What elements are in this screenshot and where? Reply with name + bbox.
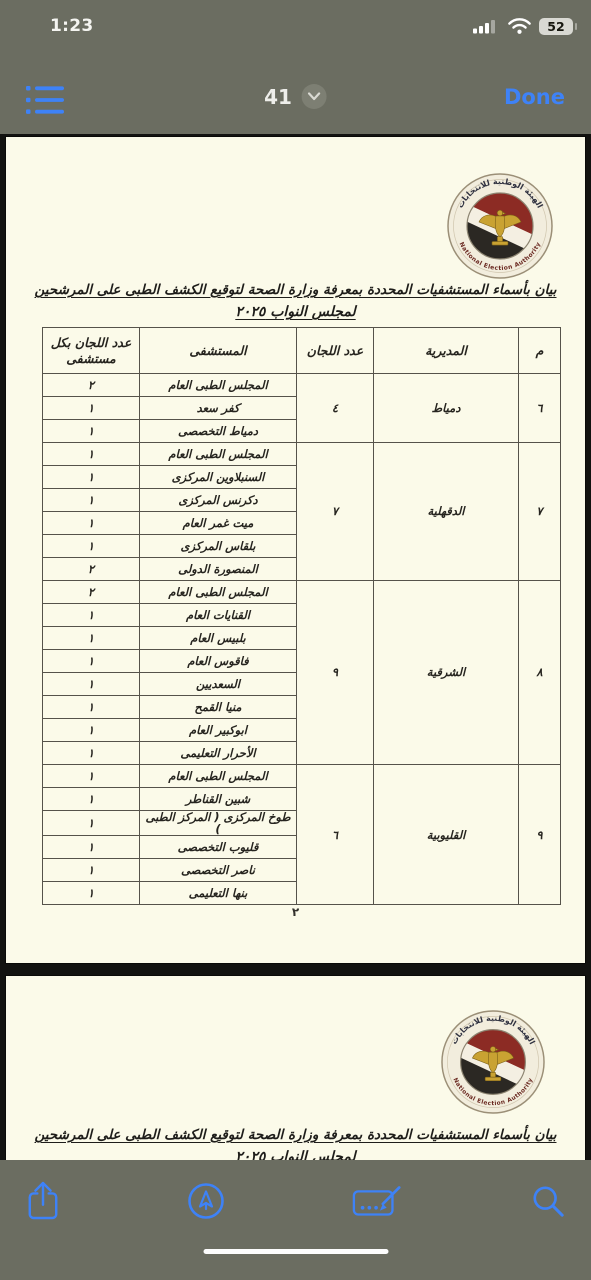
cell-hospital: القنايات العام [140, 604, 297, 627]
list-icon [26, 84, 64, 116]
table-row: ٨الشرقية٩المجلس الطبى العام٢ [43, 581, 561, 604]
authority-logo: الهيئة الوطنية للانتخابات National Elect… [441, 1010, 545, 1114]
cell-committee-count: ١ [43, 696, 140, 719]
clock: 1:23 [50, 16, 93, 36]
cell-committee-count: ١ [43, 765, 140, 788]
search-button[interactable] [531, 1184, 565, 1218]
cell-hospital: السعديين [140, 673, 297, 696]
col-header-committees: عدد اللجان [297, 328, 374, 374]
top-toolbar: 41 Done [0, 54, 591, 134]
markup-pen-icon [186, 1181, 226, 1221]
cell-hospital: طوخ المركزى ( المركز الطبى ) [140, 811, 297, 836]
page-indicator-label: 41 [264, 85, 292, 109]
share-icon [26, 1180, 60, 1222]
cell-committee-count: ٢ [43, 374, 140, 397]
authority-logo: الهيئة الوطنية للانتخابات National Elect… [447, 173, 553, 279]
thumbnails-list-button[interactable] [26, 84, 64, 116]
cell-directorate: القليوبية [374, 765, 519, 905]
table-row: ٩القليوبية٦المجلس الطبى العام١ [43, 765, 561, 788]
signature-button[interactable] [351, 1181, 405, 1221]
cell-committee-count: ١ [43, 719, 140, 742]
cell-hospital: السنبلاوين المركزى [140, 466, 297, 489]
document-title: بيان بأسماء المستشفيات المحددة بمعرفة وز… [6, 1124, 585, 1160]
document-title-line2: لمجلس النواب ٢٠٢٥ [6, 1146, 585, 1160]
cell-hospital: المجلس الطبى العام [140, 443, 297, 466]
document-title-line1: بيان بأسماء المستشفيات المحددة بمعرفة وز… [6, 279, 585, 301]
document-title: بيان بأسماء المستشفيات المحددة بمعرفة وز… [6, 279, 585, 323]
hospitals-table: م المديرية عدد اللجان المستشفى عدد اللجا… [42, 327, 561, 905]
hospitals-table-body: ٦دمياط٤المجلس الطبى العام٢كفر سعد١دمياط … [43, 374, 561, 905]
cell-hospital: الأحرار التعليمى [140, 742, 297, 765]
battery-indicator: 52 [539, 18, 573, 35]
page-number: ٢ [6, 905, 585, 919]
col-header-hospital: المستشفى [140, 328, 297, 374]
cell-hospital: كفر سعد [140, 397, 297, 420]
cell-committee-count: ٢ [43, 558, 140, 581]
share-button[interactable] [26, 1180, 60, 1222]
battery-nub [575, 23, 578, 30]
cell-committee-count: ١ [43, 673, 140, 696]
done-button[interactable]: Done [504, 85, 565, 109]
cell-hospital: المنصورة الدولى [140, 558, 297, 581]
cell-hospital: بلقاس المركزى [140, 535, 297, 558]
cell-hospital: دمياط التخصصى [140, 420, 297, 443]
cell-hospital: المجلس الطبى العام [140, 765, 297, 788]
cell-committee-count: ١ [43, 489, 140, 512]
cell-hospital: منيا القمح [140, 696, 297, 719]
document-title-line1: بيان بأسماء المستشفيات المحددة بمعرفة وز… [6, 1124, 585, 1146]
cell-serial: ٨ [519, 581, 561, 765]
bottom-toolbar [0, 1160, 591, 1280]
cell-hospital: ناصر التخصصى [140, 859, 297, 882]
cell-hospital: ميت غمر العام [140, 512, 297, 535]
cell-committee-count: ١ [43, 466, 140, 489]
cell-committee-count: ١ [43, 443, 140, 466]
document-scroll-area[interactable]: الهيئة الوطنية للانتخابات National Elect… [0, 134, 591, 1160]
cell-committee-count: ١ [43, 604, 140, 627]
cell-committee-count: ١ [43, 420, 140, 443]
cell-directorate: الشرقية [374, 581, 519, 765]
pdf-page-next: الهيئة الوطنية للانتخابات National Elect… [6, 976, 585, 1160]
cell-hospital: المجلس الطبى العام [140, 581, 297, 604]
document-title-line2: لمجلس النواب ٢٠٢٥ [6, 301, 585, 323]
table-row: ٧الدقهلية٧المجلس الطبى العام١ [43, 443, 561, 466]
cell-directorate: الدقهلية [374, 443, 519, 581]
cell-committee-count: ١ [43, 742, 140, 765]
cell-committee-count: ١ [43, 811, 140, 836]
cell-committee-count: ١ [43, 535, 140, 558]
cell-committee-count: ٢ [43, 581, 140, 604]
cell-committee-count: ١ [43, 882, 140, 905]
cell-committees: ٦ [297, 765, 374, 905]
hospitals-table-wrap: م المديرية عدد اللجان المستشفى عدد اللجا… [42, 327, 561, 905]
wifi-icon [507, 17, 532, 35]
cell-committee-count: ١ [43, 512, 140, 535]
cell-hospital: المجلس الطبى العام [140, 374, 297, 397]
cell-committees: ٧ [297, 443, 374, 581]
cell-committee-count: ١ [43, 859, 140, 882]
table-header-row: م المديرية عدد اللجان المستشفى عدد اللجا… [43, 328, 561, 374]
page-indicator-button[interactable]: 41 [264, 84, 327, 109]
table-row: ٦دمياط٤المجلس الطبى العام٢ [43, 374, 561, 397]
cell-committee-count: ١ [43, 650, 140, 673]
markup-button[interactable] [186, 1181, 226, 1221]
cell-hospital: بنها التعليمى [140, 882, 297, 905]
col-header-committees-per-hospital: عدد اللجان بكل مستشفى [43, 328, 140, 374]
cell-committee-count: ١ [43, 397, 140, 420]
home-indicator[interactable] [203, 1249, 388, 1254]
cell-committee-count: ١ [43, 788, 140, 811]
status-bar: 1:23 52 [0, 0, 591, 54]
cell-hospital: ابوكبير العام [140, 719, 297, 742]
cell-committee-count: ١ [43, 627, 140, 650]
search-icon [531, 1184, 565, 1218]
cell-committee-count: ١ [43, 836, 140, 859]
cell-hospital: دكرنس المركزى [140, 489, 297, 512]
col-header-no: م [519, 328, 561, 374]
election-authority-seal: الهيئة الوطنية للانتخابات National Elect… [441, 1010, 545, 1114]
col-header-directorate: المديرية [374, 328, 519, 374]
cell-hospital: قليوب التخصصى [140, 836, 297, 859]
pdf-viewer-screen: 1:23 52 [0, 0, 591, 1280]
battery-percent: 52 [547, 19, 564, 34]
cell-committees: ٤ [297, 374, 374, 443]
cell-serial: ٧ [519, 443, 561, 581]
cell-directorate: دمياط [374, 374, 519, 443]
status-icons: 52 [473, 17, 573, 35]
chevron-down-icon [302, 84, 327, 109]
cell-committees: ٩ [297, 581, 374, 765]
cell-hospital: فاقوس العام [140, 650, 297, 673]
cell-hospital: بلبيس العام [140, 627, 297, 650]
cell-hospital: شبين القناطر [140, 788, 297, 811]
cell-serial: ٦ [519, 374, 561, 443]
pdf-page-current: الهيئة الوطنية للانتخابات National Elect… [6, 137, 585, 963]
cell-serial: ٩ [519, 765, 561, 905]
cellular-signal-icon [473, 17, 500, 35]
election-authority-seal: الهيئة الوطنية للانتخابات National Elect… [447, 173, 553, 279]
signature-icon [351, 1181, 405, 1221]
